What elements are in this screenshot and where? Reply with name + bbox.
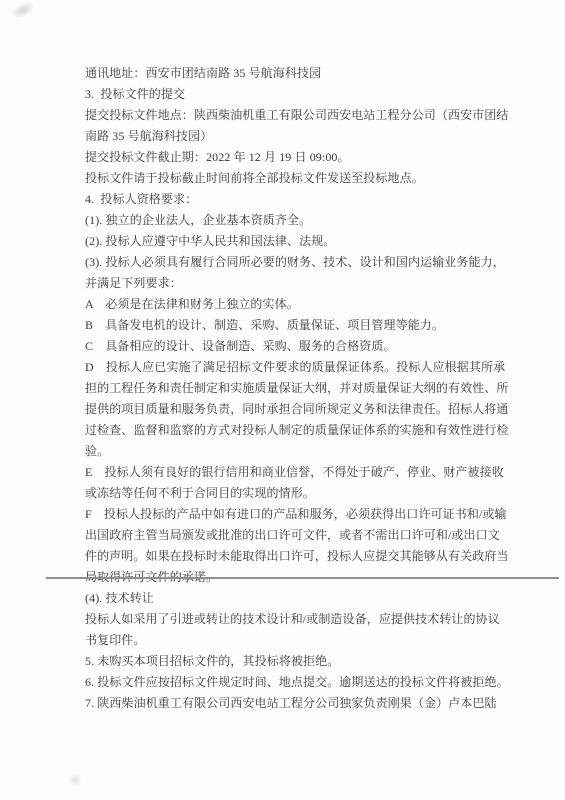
text-line: E 投标人须有良好的银行信用和商业信誉，不得处于破产、停业、财产被接收: [85, 462, 509, 483]
document-text-block: 通讯地址：西安市团结南路 35 号航海科技园 3. 投标文件的提交 提交投标文件…: [85, 63, 509, 714]
text-line: 提交投标文件截止期：2022 年 12 月 19 日 09:00。: [85, 147, 509, 168]
scan-smudge: [68, 774, 82, 786]
text-line: 投标人如采用了引进或转让的技术设计和/或制造设备，应提供技术转让的协议: [85, 609, 509, 630]
text-line: B 具备发电机的设计、制造、采购、质量保证、项目管理等能力。: [85, 315, 509, 336]
text-line: A 必须是在法律和财务上独立的实体。: [85, 294, 509, 315]
text-line: 投标文件请于投标截止时间前将全部投标文件发送至投标地点。: [85, 168, 509, 189]
text-line: 5. 未购买本项目招标文件的，其投标将被拒绝。: [85, 651, 509, 672]
text-line: F 投标人投标的产品中如有进口的产品和服务，必须获得出口许可证书和/或输: [85, 504, 509, 525]
scan-strike-line-artifact: [46, 577, 559, 579]
text-line: (2). 投标人应遵守中华人民共和国法律、法规。: [85, 231, 509, 252]
text-line: 或冻结等任何不利于合同目的实现的情形。: [85, 483, 509, 504]
text-line: 南路 35 号航海科技园）: [85, 126, 509, 147]
text-line: 7. 陕西柴油机重工有限公司西安电站工程分公司独家负责刚果（金）卢本巴陆: [85, 693, 509, 714]
document-page: 通讯地址：西安市团结南路 35 号航海科技园 3. 投标文件的提交 提交投标文件…: [0, 0, 565, 800]
text-line: D 投标人应已实施了满足招标文件要求的质量保证体系。投标人应根据其所承: [85, 357, 509, 378]
text-line: 4. 投标人资格要求：: [85, 189, 509, 210]
text-line: 通讯地址：西安市团结南路 35 号航海科技园: [85, 63, 509, 84]
text-line: (4). 技术转让: [85, 588, 509, 609]
text-line: 过检查、监督和监察的方式对投标人制定的质量保证体系的实施和有效性进行检: [85, 420, 509, 441]
text-line: 提交投标文件地点：陕西柴油机重工有限公司西安电站工程分公司（西安市团结: [85, 105, 509, 126]
text-line: 担的工程任务和责任制定和实施质量保证大纲，并对质量保证大纲的有效性、所: [85, 378, 509, 399]
scan-smudge: [8, 0, 38, 22]
text-line: (1). 独立的企业法人，企业基本资质齐全。: [85, 210, 509, 231]
text-line: 出国政府主管当局颁发或批准的出口许可文件，或者不需出口许可和/或出口文: [85, 525, 509, 546]
text-line: 验。: [85, 441, 509, 462]
text-line: 6. 投标文件应按招标文件规定时间、地点提交。逾期送达的投标文件将被拒绝。: [85, 672, 509, 693]
text-line: 并满足下列要求：: [85, 273, 509, 294]
text-line: 3. 投标文件的提交: [85, 84, 509, 105]
text-line: 书复印件。: [85, 630, 509, 651]
text-line: 提供的项目质量和服务负责，同时承担合同所规定义务和法律责任。招标人将通: [85, 399, 509, 420]
text-line: 件的声明。如果在投标时未能取得出口许可，投标人应提交其能够从有关政府当: [85, 546, 509, 567]
text-line: C 具备相应的设计、设备制造、采购、服务的合格资质。: [85, 336, 509, 357]
text-line: (3). 投标人必须具有履行合同所必要的财务、技术、设计和国内运输业务能力，: [85, 252, 509, 273]
